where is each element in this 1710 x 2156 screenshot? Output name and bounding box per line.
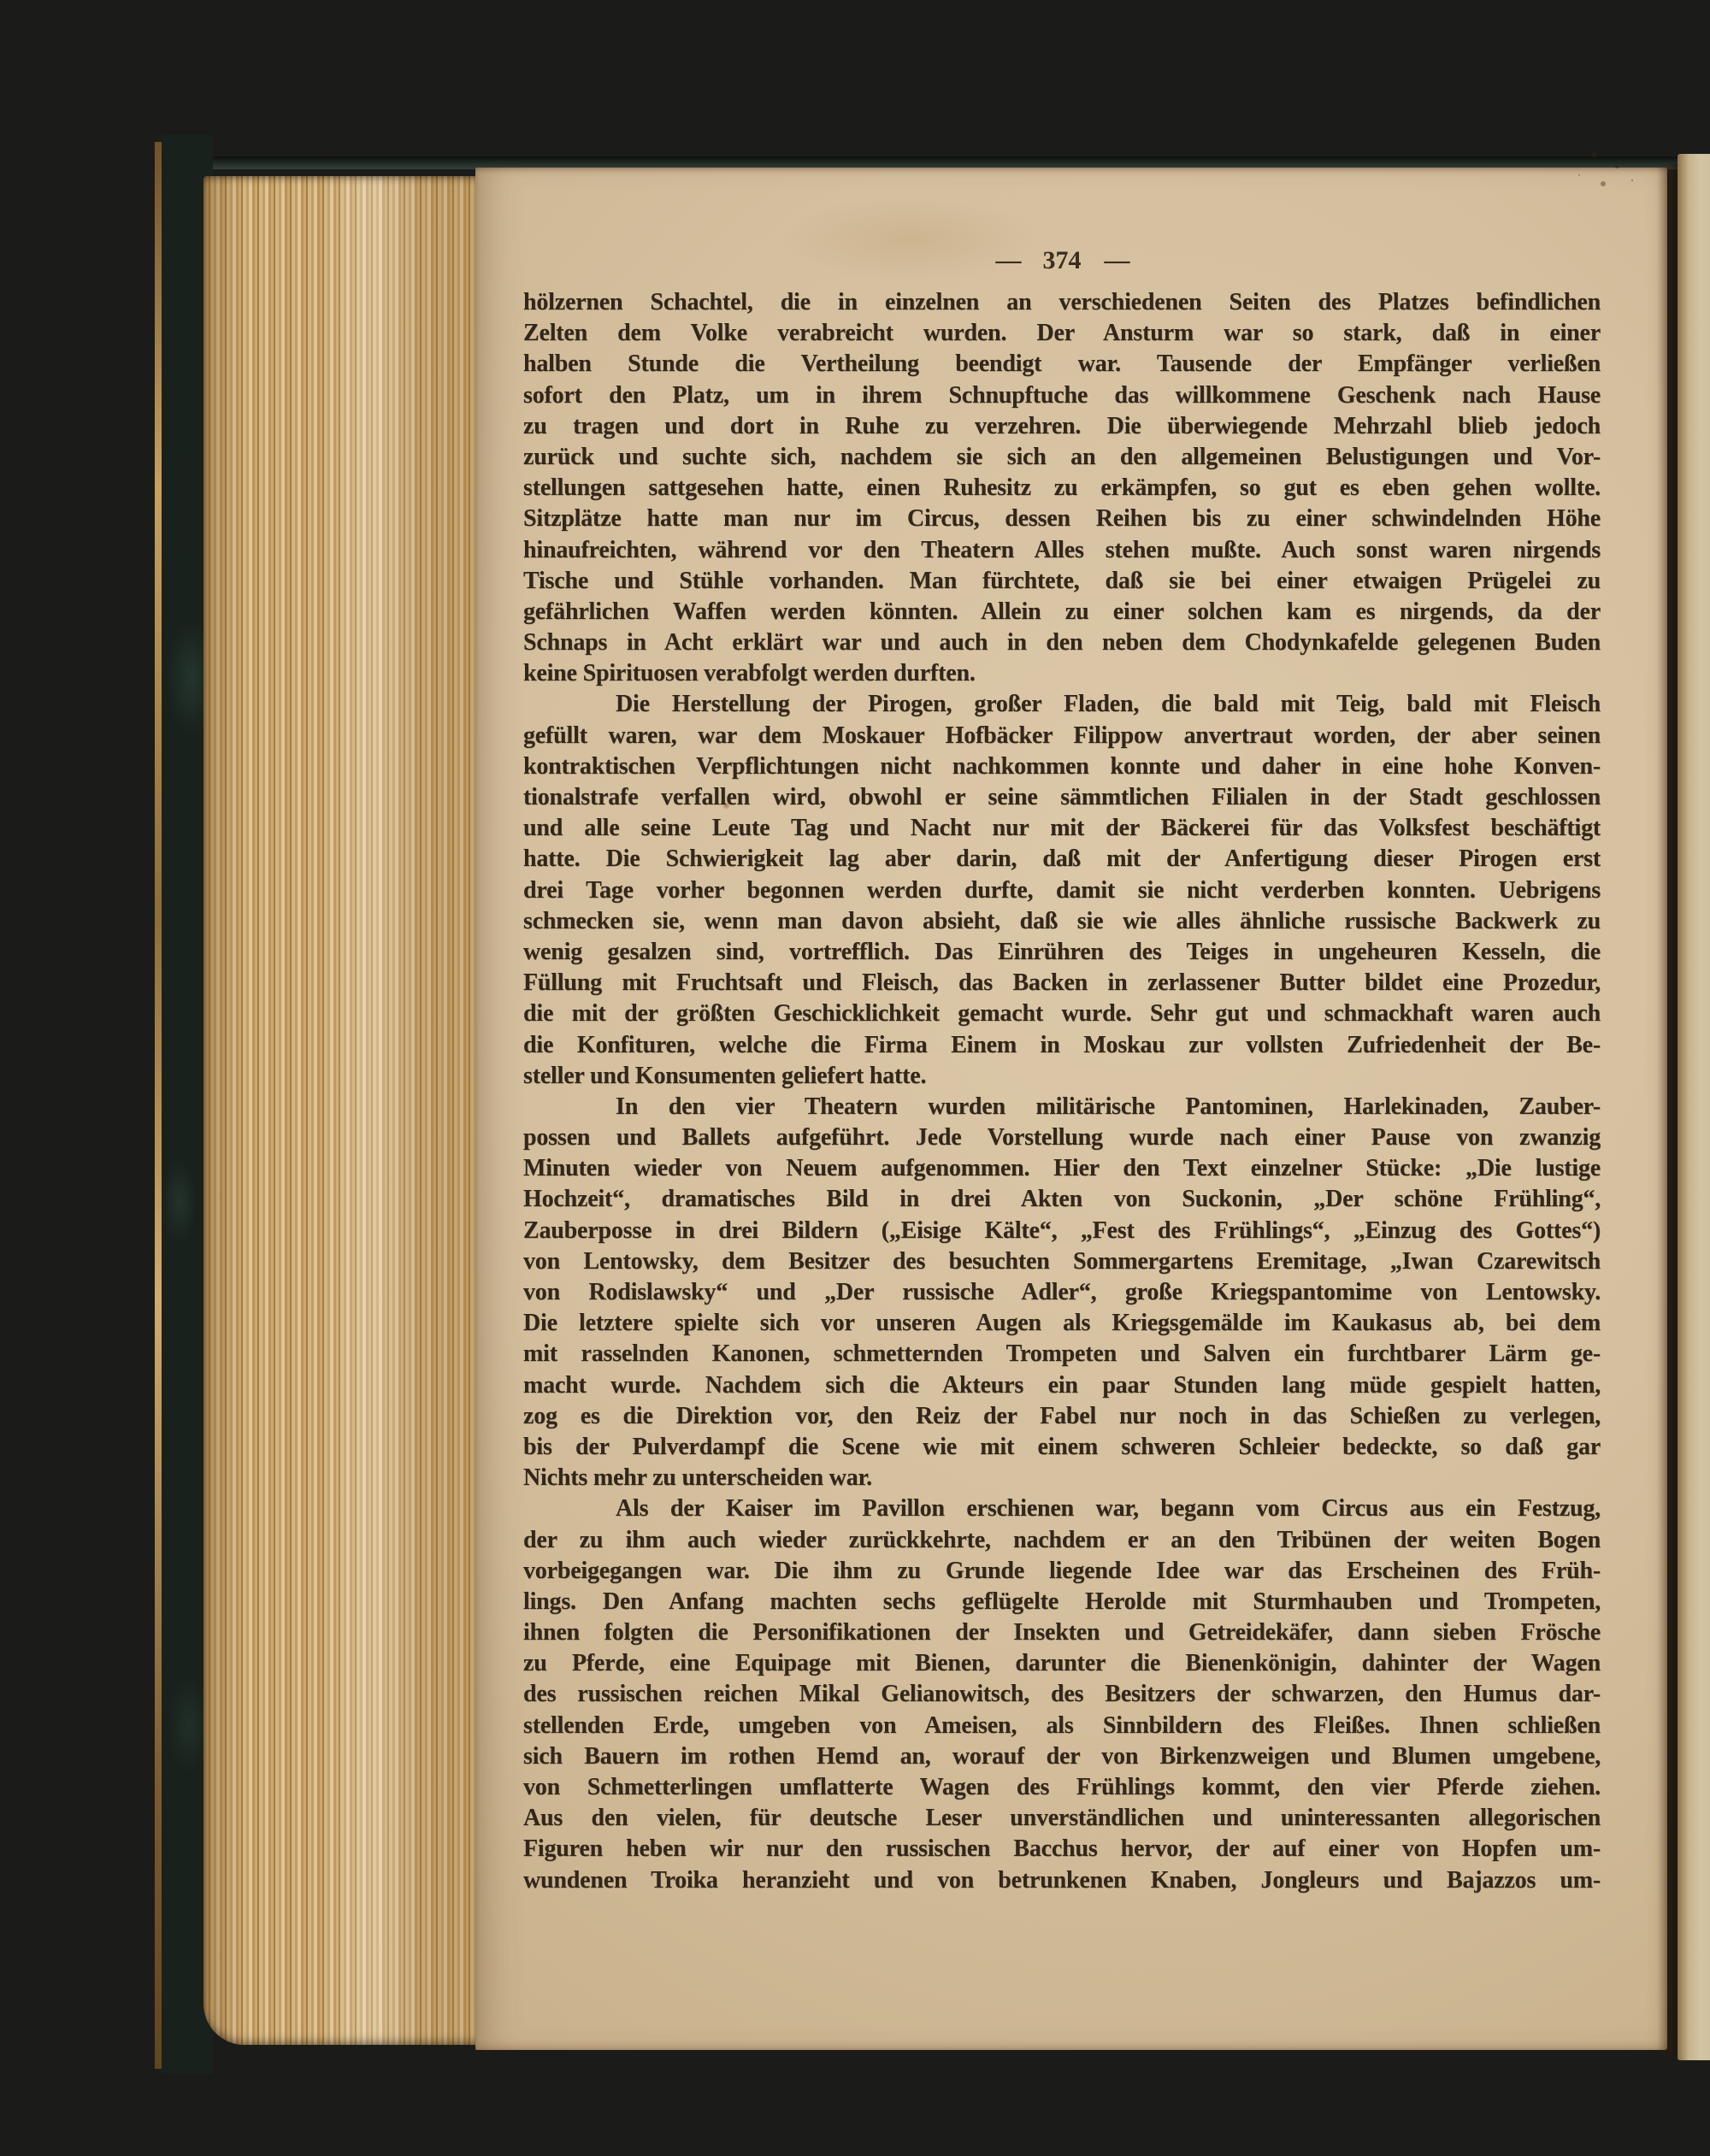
text-line: wenig gesalzen sind, vortrefflich. Das E… bbox=[523, 937, 1601, 968]
text-block: hölzernen Schachtel, die in einzelnen an… bbox=[523, 287, 1601, 1896]
page-number: 374 bbox=[1043, 246, 1082, 274]
text-line: gefüllt waren, war dem Moskauer Hofbäcke… bbox=[523, 721, 1601, 751]
text-line: zog es die Direktion vor, den Reiz der F… bbox=[523, 1401, 1601, 1432]
text-line: drei Tage vorher begonnen werden durfte,… bbox=[523, 875, 1601, 906]
text-line: stellungen sattgesehen hatte, einen Ruhe… bbox=[523, 473, 1601, 504]
cover-gilt-edge bbox=[155, 142, 162, 2069]
text-line: von Schmetterlingen umflatterte Wagen de… bbox=[523, 1772, 1601, 1803]
text-line: gefährlichen Waffen werden könnten. Alle… bbox=[523, 597, 1601, 627]
text-line: Aus den vielen, für deutsche Leser unver… bbox=[523, 1803, 1601, 1834]
text-line: steller und Konsumenten geliefert hatte. bbox=[523, 1061, 1601, 1092]
text-line: tionalstrafe verfallen wird, obwohl er s… bbox=[523, 782, 1601, 813]
text-line: Füllung mit Fruchtsaft und Fleisch, das … bbox=[523, 968, 1601, 998]
text-line: des russischen reichen Mikal Gelianowits… bbox=[523, 1679, 1601, 1710]
text-line: stellenden Erde, umgeben von Ameisen, al… bbox=[523, 1711, 1601, 1741]
text-line: hatte. Die Schwierigkeit lag aber darin,… bbox=[523, 844, 1601, 875]
text-line: Tische und Stühle vorhanden. Man fürchte… bbox=[523, 566, 1601, 597]
text-line: mit rasselnden Kanonen, schmetternden Tr… bbox=[523, 1339, 1601, 1370]
text-line: Sitzplätze hatte man nur im Circus, dess… bbox=[523, 504, 1601, 534]
page-header: —374— bbox=[523, 246, 1601, 280]
text-line: Figuren heben wir nur den russischen Bac… bbox=[523, 1834, 1601, 1864]
text-line: Minuten wieder von Neuem aufgenommen. Hi… bbox=[523, 1153, 1601, 1184]
text-line: possen und Ballets aufgeführt. Jede Vors… bbox=[523, 1122, 1601, 1153]
text-line: macht wurde. Nachdem sich die Akteurs ei… bbox=[523, 1370, 1601, 1401]
text-line: Zauberposse in drei Bildern („Eisige Käl… bbox=[523, 1216, 1601, 1246]
text-line: hölzernen Schachtel, die in einzelnen an… bbox=[523, 287, 1601, 318]
text-line: sich Bauern im rothen Hemd an, worauf de… bbox=[523, 1741, 1601, 1772]
text-line: Die Herstellung der Pirogen, großer Flad… bbox=[523, 689, 1601, 720]
text-line: vorbeigegangen war. Die ihm zu Grunde li… bbox=[523, 1556, 1601, 1587]
gutter-shadow bbox=[1657, 164, 1679, 2055]
text-line: sofort den Platz, um in ihrem Schnupftuc… bbox=[523, 380, 1601, 411]
text-line: von Rodislawsky“ und „Der russische Adle… bbox=[523, 1277, 1601, 1308]
text-line: hinaufreichten, während vor den Theatern… bbox=[523, 535, 1601, 566]
text-line: ihnen folgten die Personifikationen der … bbox=[523, 1617, 1601, 1648]
text-line: Als der Kaiser im Pavillon erschienen wa… bbox=[523, 1493, 1601, 1524]
text-line: zurück und suchte sich, nachdem sie sich… bbox=[523, 442, 1601, 473]
header-dash-right: — bbox=[1105, 246, 1129, 274]
text-line: die Konfituren, welche die Firma Einem i… bbox=[523, 1030, 1601, 1061]
text-line: Schnaps in Acht erklärt war und auch in … bbox=[523, 627, 1601, 658]
text-line: zu tragen und dort in Ruhe zu verzehren.… bbox=[523, 411, 1601, 442]
text-line: schmecken sie, wenn man davon absieht, d… bbox=[523, 906, 1601, 937]
text-line: von Lentowsky, dem Besitzer des besuchte… bbox=[523, 1246, 1601, 1277]
text-line: zu Pferde, eine Equipage mit Bienen, dar… bbox=[523, 1648, 1601, 1679]
page-fore-edges bbox=[203, 176, 486, 2045]
foxing-specks bbox=[1592, 152, 1597, 157]
text-line: halben Stunde die Vertheilung beendigt w… bbox=[523, 349, 1601, 380]
text-line: bis der Pulverdampf die Scene wie mit ei… bbox=[523, 1432, 1601, 1463]
text-line: wundenen Troika heranzieht und von betru… bbox=[523, 1865, 1601, 1896]
text-line: und alle seine Leute Tag und Nacht nur m… bbox=[523, 813, 1601, 844]
text-line: Die letztere spielte sich vor unseren Au… bbox=[523, 1308, 1601, 1339]
header-dash-left: — bbox=[996, 246, 1020, 274]
text-line: die mit der größten Geschicklichkeit gem… bbox=[523, 998, 1601, 1029]
text-line: lings. Den Anfang machten sechs geflügel… bbox=[523, 1587, 1601, 1617]
text-line: In den vier Theatern wurden militärische… bbox=[523, 1092, 1601, 1122]
text-line: Nichts mehr zu unterscheiden war. bbox=[523, 1463, 1601, 1493]
facing-page-edge bbox=[1678, 154, 1710, 2060]
text-line: Zelten dem Volke verabreicht wurden. Der… bbox=[523, 318, 1601, 349]
text-line: keine Spirituosen verabfolgt werden durf… bbox=[523, 658, 1601, 689]
text-line: kontraktischen Verpflichtungen nicht nac… bbox=[523, 751, 1601, 782]
text-line: Hochzeit“, dramatisches Bild in drei Akt… bbox=[523, 1184, 1601, 1215]
text-line: der zu ihm auch wieder zurückkehrte, nac… bbox=[523, 1525, 1601, 1556]
